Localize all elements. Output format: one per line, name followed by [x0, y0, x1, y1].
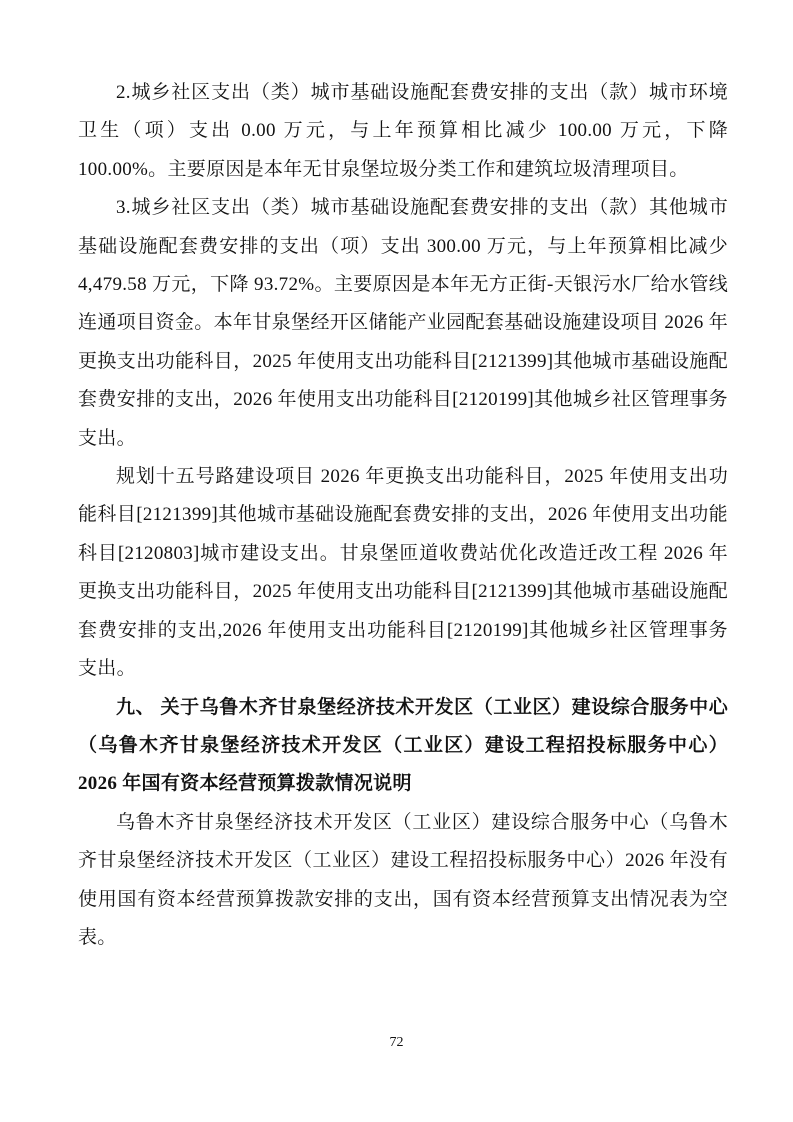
paragraph-urban-env-sanitation: 2.城乡社区支出（类）城市基础设施配套费安排的支出（款）城市环境卫生（项）支出 …	[78, 74, 728, 189]
page-content: 2.城乡社区支出（类）城市基础设施配套费安排的支出（款）城市环境卫生（项）支出 …	[78, 74, 728, 957]
page-number: 72	[0, 1034, 793, 1052]
paragraph-state-capital-budget: 乌鲁木齐甘泉堡经济技术开发区（工业区）建设综合服务中心（乌鲁木齐甘泉堡经济技术开…	[78, 804, 728, 958]
section-heading-nine: 九、 关于乌鲁木齐甘泉堡经济技术开发区（工业区）建设综合服务中心（乌鲁木齐甘泉堡…	[78, 689, 728, 804]
paragraph-road-15-project: 规划十五号路建设项目 2026 年更换支出功能科目，2025 年使用支出功能科目…	[78, 458, 728, 688]
paragraph-other-infrastructure-fee: 3.城乡社区支出（类）城市基础设施配套费安排的支出（款）其他城市基础设施配套费安…	[78, 189, 728, 458]
document-page: 2.城乡社区支出（类）城市基础设施配套费安排的支出（款）城市环境卫生（项）支出 …	[0, 0, 793, 1122]
